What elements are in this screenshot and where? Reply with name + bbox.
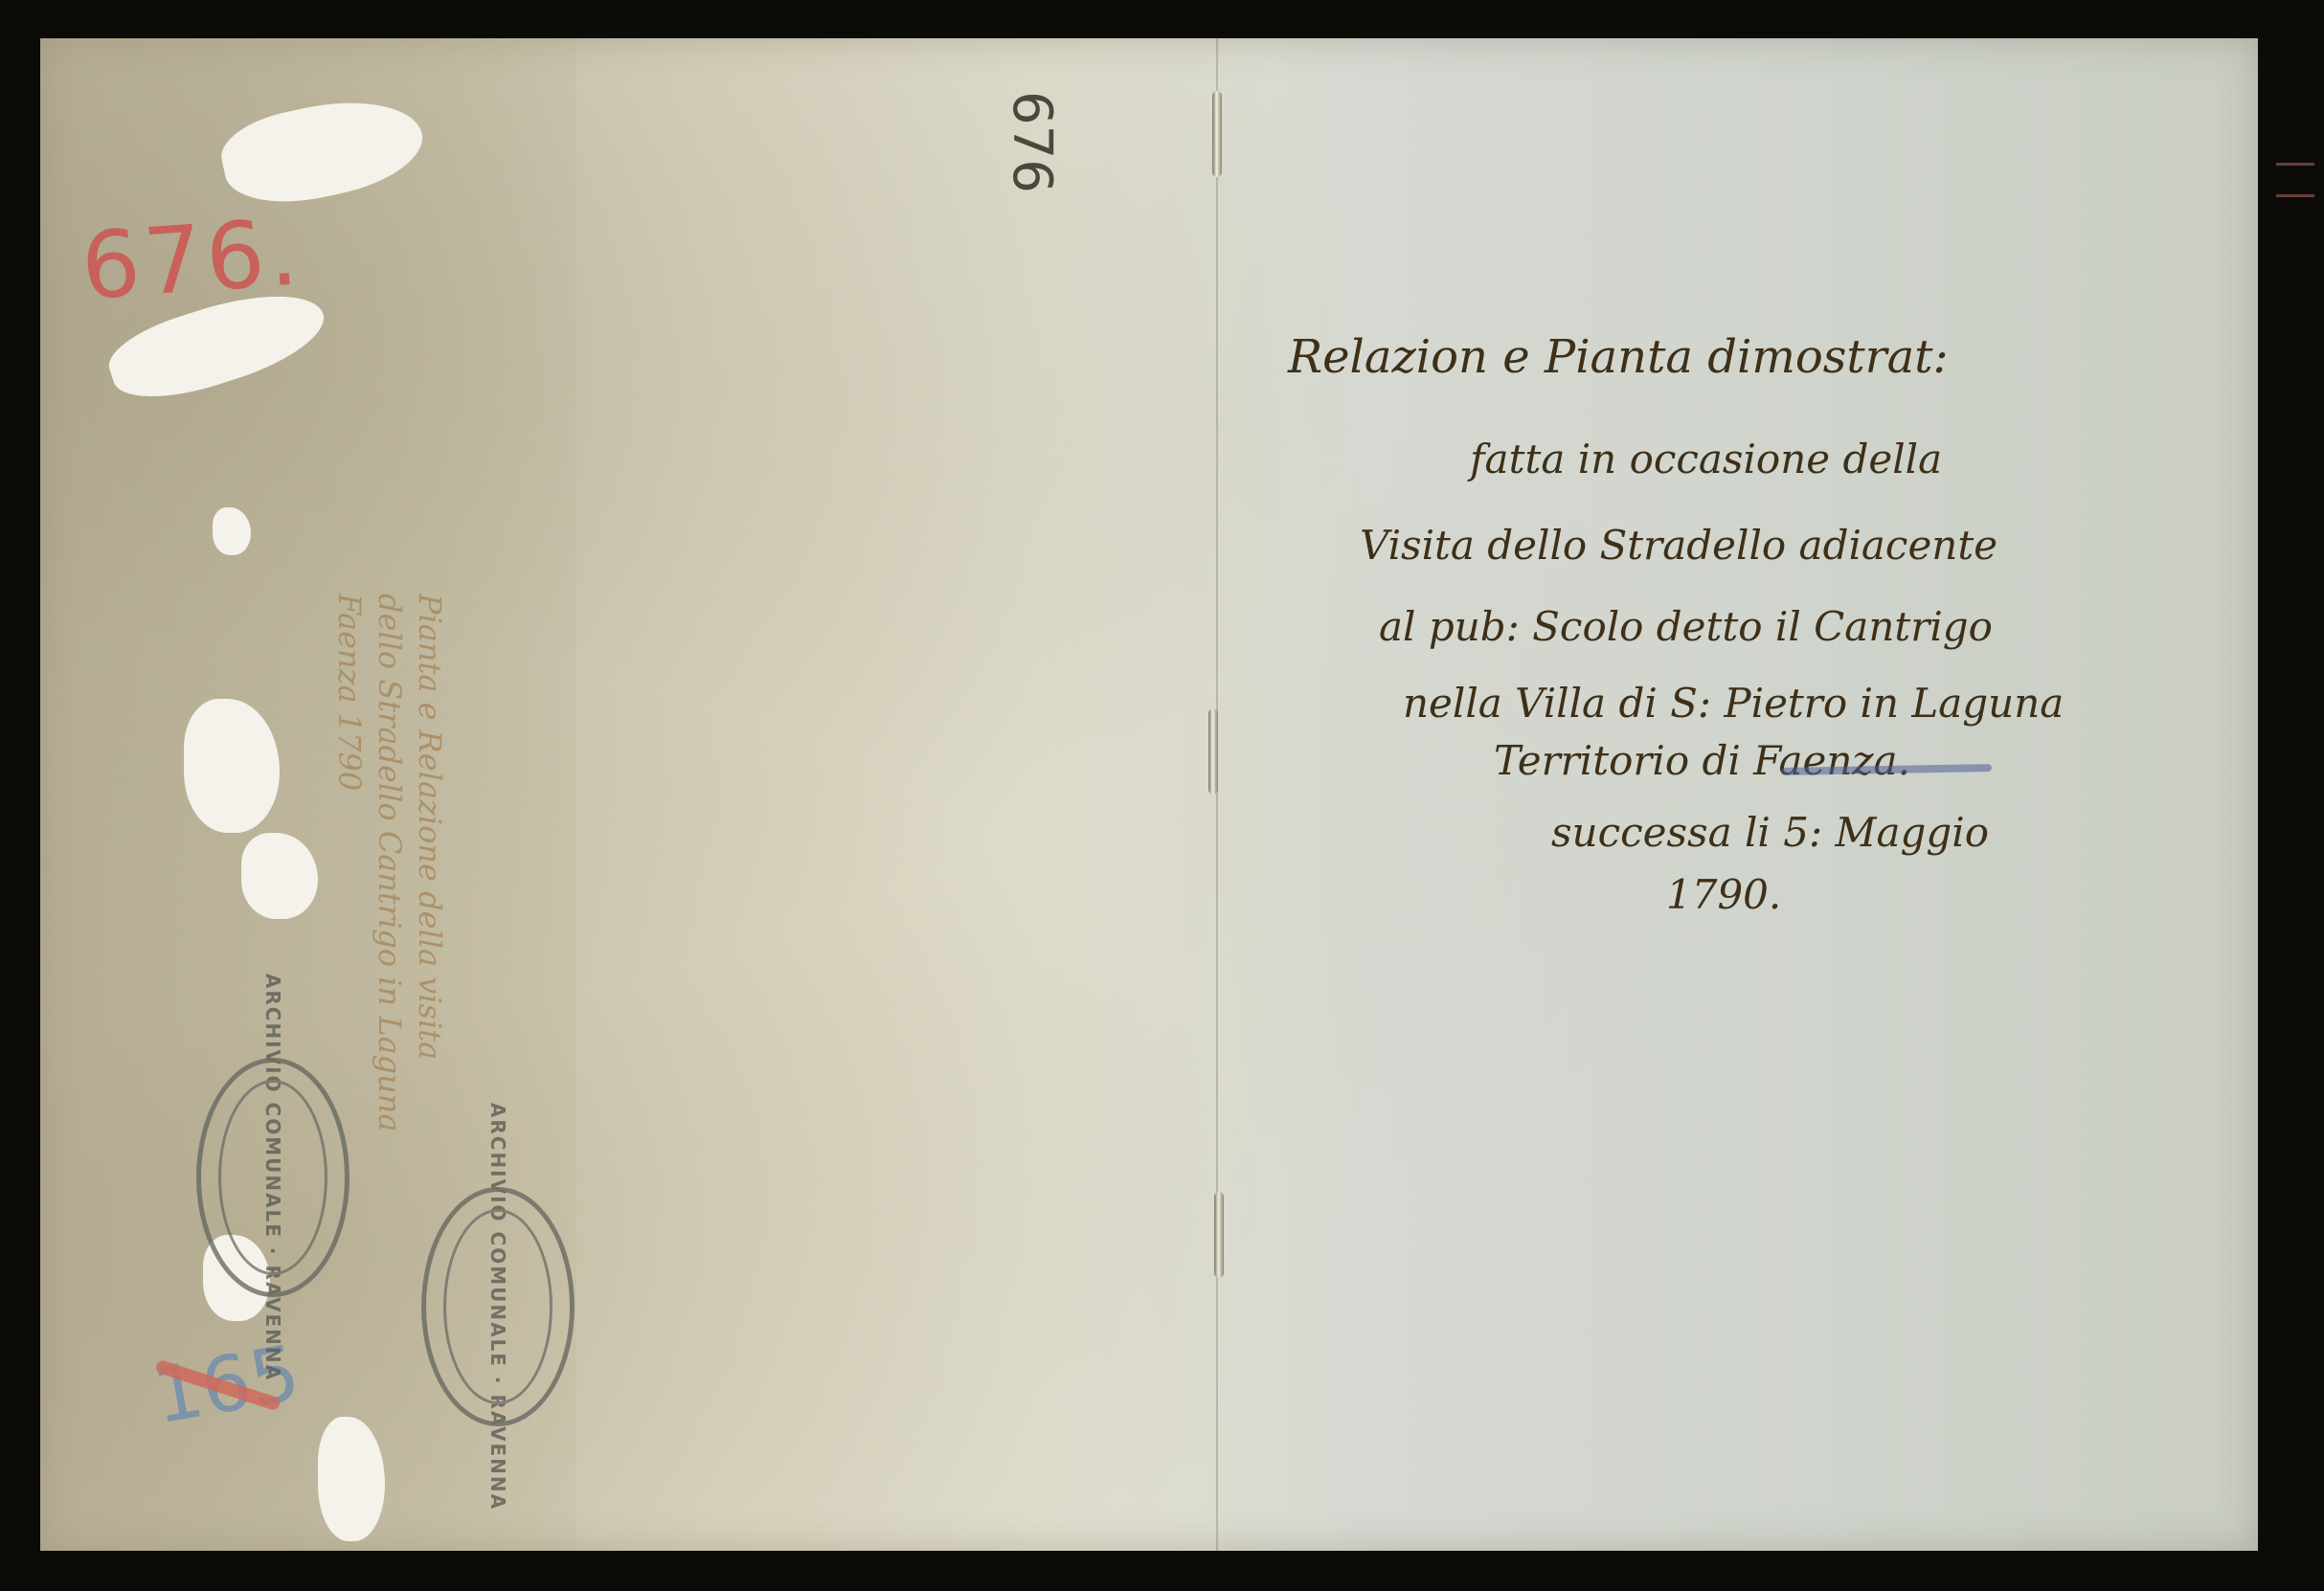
paper-loss (213, 507, 251, 555)
binding-stitch (1208, 708, 1218, 795)
center-fold (1216, 38, 1218, 1551)
red-pencil-marks (2276, 163, 2314, 197)
binding-stitch (1212, 91, 1222, 177)
title-line: successa li 5: Maggio (1551, 809, 1989, 856)
red-archive-number: 676. (78, 198, 305, 321)
stamp-text: ARCHIVIO COMUNALE · RAVENNA (486, 1103, 509, 1511)
pencil-folio-number: 676 (1001, 91, 1063, 193)
title-line: fatta in occasione della (1470, 436, 1942, 482)
title-line: Visita dello Stradello adiacente (1360, 522, 1997, 569)
title-line: Territorio di Faenza. (1494, 737, 1910, 784)
faded-note-line: Pianta e Relazione della visita (410, 594, 450, 1132)
archive-stamp: ARCHIVIO COMUNALE · RAVENNA (196, 1058, 350, 1297)
title-line: Relazion e Pianta dimostrat: (1288, 330, 1949, 384)
faded-note-line: Faenza 1790 (329, 594, 370, 1132)
faded-note-line: dello Stradello Cantrigo in Laguna (370, 594, 410, 1132)
stamp-text: ARCHIVIO COMUNALE · RAVENNA (261, 974, 284, 1381)
title-line: 1790. (1666, 871, 1781, 918)
archive-stamp: ARCHIVIO COMUNALE · RAVENNA (421, 1187, 575, 1426)
title-line: al pub: Scolo detto il Cantrigo (1379, 603, 1993, 650)
title-line: nella Villa di S: Pietro in Laguna (1403, 680, 2064, 727)
faded-endorsement-note: Pianta e Relazione della visita dello St… (329, 594, 450, 1132)
binding-stitch (1214, 1192, 1224, 1278)
